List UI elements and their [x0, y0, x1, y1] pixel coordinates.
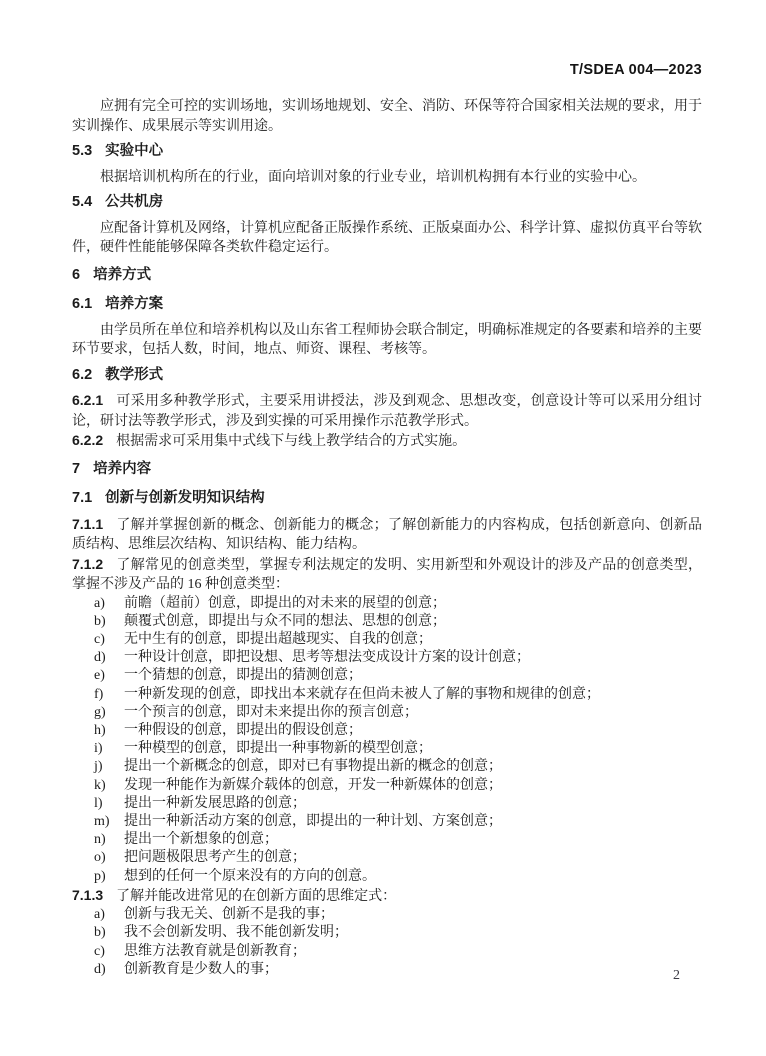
list-item-letter: o): [94, 849, 124, 867]
standard-code: T/SDEA 004—2023: [570, 62, 702, 78]
list-item-i: i)一种模型的创意，即提出一种事物新的模型创意；: [72, 740, 702, 758]
heading-title: 创新与创新发明知识结构: [105, 490, 265, 506]
heading-title: 培养方式: [93, 267, 151, 283]
list-item-letter: h): [94, 722, 124, 740]
list-item-c: c)无中生有的创意，即提出超越现实、自我的创意；: [72, 631, 702, 649]
clause-text: 可采用多种教学形式，主要采用讲授法，涉及到观念、思想改变，创意设计等可以采用分组…: [72, 394, 702, 429]
list-item-letter: a): [94, 906, 124, 924]
page-number: 2: [673, 968, 680, 983]
section-heading-5.4: 5.4公共机房: [72, 193, 702, 213]
list-item-text: 我不会创新发明、我不能创新发明；: [124, 924, 702, 942]
list-item-b: b)我不会创新发明、我不能创新发明；: [72, 924, 702, 942]
list-item-text: 发现一种能作为新媒介载体的创意，开发一种新媒体的创意；: [124, 777, 702, 795]
list-item-text: 想到的任何一个原来没有的方向的创意。: [124, 868, 702, 886]
list-item-a: a)创新与我无关、创新不是我的事；: [72, 906, 702, 924]
list-item-a: a)前瞻（超前）创意，即提出的对未来的展望的创意；: [72, 595, 702, 613]
list-item-text: 提出一个新想象的创意；: [124, 831, 702, 849]
clause-number: 7.1.2: [72, 556, 103, 572]
chapter-heading-7: 7培养内容: [72, 460, 702, 480]
list-item-text: 把问题极限思考产生的创意；: [124, 849, 702, 867]
heading-number: 7.1: [72, 490, 92, 506]
clause-number: 7.1.3: [72, 887, 103, 903]
clause-text: 了解并能改进常见的在创新方面的思维定式：: [116, 889, 396, 904]
list-item-letter: c): [94, 943, 124, 961]
list-item-text: 前瞻（超前）创意，即提出的对未来的展望的创意；: [124, 595, 702, 613]
list-item-f: f)一种新发现的创意，即找出本来就存在但尚未被人了解的事物和规律的创意；: [72, 686, 702, 704]
list-item-letter: a): [94, 595, 124, 613]
list-item-text: 一种新发现的创意，即找出本来就存在但尚未被人了解的事物和规律的创意；: [124, 686, 702, 704]
section-heading-6.1: 6.1培养方案: [72, 295, 702, 315]
document-footer: 2: [673, 967, 680, 984]
list-item-text: 一种假设的创意，即提出的假设创意；: [124, 722, 702, 740]
heading-number: 5.3: [72, 143, 92, 159]
clause-6.2.2: 6.2.2根据需求可采用集中式线下与线上教学结合的方式实施。: [72, 431, 702, 452]
document-header: T/SDEA 004—2023: [72, 62, 702, 78]
list-item-e: e)一个猜想的创意，即提出的猜测创意；: [72, 667, 702, 685]
list-item-m: m)提出一种新活动方案的创意，即提出的一种计划、方案创意；: [72, 813, 702, 831]
clause-number: 6.2.1: [72, 392, 103, 408]
list-item-letter: l): [94, 795, 124, 813]
list-item-n: n)提出一个新想象的创意；: [72, 831, 702, 849]
list-item-letter: g): [94, 704, 124, 722]
list-item-b: b)颠覆式创意，即提出与众不同的想法、思想的创意；: [72, 613, 702, 631]
list-item-letter: e): [94, 667, 124, 685]
clause-7.1.1: 7.1.1了解并掌握创新的概念、创新能力的概念；了解创新能力的内容构成，包括创新…: [72, 515, 702, 555]
list-item-d: d)一种设计创意，即把设想、思考等想法变成设计方案的设计创意；: [72, 649, 702, 667]
paragraph: 根据培训机构所在的行业，面向培训对象的行业专业，培训机构拥有本行业的实验中心。: [72, 168, 702, 188]
list-item-letter: c): [94, 631, 124, 649]
list-item-text: 思维方法教育就是创新教育；: [124, 943, 702, 961]
document-page: T/SDEA 004—2023 应拥有完全可控的实训场地，实训场地规划、安全、消…: [0, 0, 766, 1056]
list-item-text: 一种设计创意，即把设想、思考等想法变成设计方案的设计创意；: [124, 649, 702, 667]
list-item-d: d)创新教育是少数人的事；: [72, 961, 702, 979]
list-item-c: c)思维方法教育就是创新教育；: [72, 943, 702, 961]
list-item-text: 一种模型的创意，即提出一种事物新的模型创意；: [124, 740, 702, 758]
list-item-text: 无中生有的创意，即提出超越现实、自我的创意；: [124, 631, 702, 649]
list-item-text: 颠覆式创意，即提出与众不同的想法、思想的创意；: [124, 613, 702, 631]
clause-7.1.2: 7.1.2了解常见的创意类型，掌握专利法规定的发明、实用新型和外观设计的涉及产品…: [72, 555, 702, 595]
list-item-k: k)发现一种能作为新媒介载体的创意，开发一种新媒体的创意；: [72, 777, 702, 795]
clause-6.2.1: 6.2.1可采用多种教学形式，主要采用讲授法，涉及到观念、思想改变，创意设计等可…: [72, 391, 702, 431]
section-heading-7.1: 7.1创新与创新发明知识结构: [72, 489, 702, 509]
list-item-letter: j): [94, 758, 124, 776]
heading-title: 培养方案: [105, 296, 163, 312]
clause-number: 7.1.1: [72, 516, 103, 532]
list-item-text: 创新与我无关、创新不是我的事；: [124, 906, 702, 924]
list-item-text: 创新教育是少数人的事；: [124, 961, 702, 979]
list-item-text: 提出一个新概念的创意，即对已有事物提出新的概念的创意；: [124, 758, 702, 776]
document-body: 应拥有完全可控的实训场地，实训场地规划、安全、消防、环保等符合国家相关法规的要求…: [72, 97, 702, 979]
list-item-g: g)一个预言的创意，即对未来提出你的预言创意；: [72, 704, 702, 722]
list-item-letter: b): [94, 924, 124, 942]
clause-text: 了解并掌握创新的概念、创新能力的概念；了解创新能力的内容构成，包括创新意向、创新…: [72, 518, 702, 553]
heading-number: 5.4: [72, 194, 92, 210]
list-item-letter: b): [94, 613, 124, 631]
section-heading-5.3: 5.3实验中心: [72, 142, 702, 162]
list-item-letter: n): [94, 831, 124, 849]
clause-number: 6.2.2: [72, 432, 103, 448]
list-item-h: h)一种假设的创意，即提出的假设创意；: [72, 722, 702, 740]
list-item-letter: d): [94, 961, 124, 979]
clause-7.1.3: 7.1.3了解并能改进常见的在创新方面的思维定式：: [72, 886, 702, 907]
list-item-o: o)把问题极限思考产生的创意；: [72, 849, 702, 867]
list-item-l: l)提出一种新发展思路的创意；: [72, 795, 702, 813]
list-item-letter: k): [94, 777, 124, 795]
list-item-text: 提出一种新活动方案的创意，即提出的一种计划、方案创意；: [124, 813, 702, 831]
heading-title: 实验中心: [105, 143, 163, 159]
heading-title: 公共机房: [105, 194, 163, 210]
heading-number: 6.1: [72, 296, 92, 312]
list-item-text: 一个预言的创意，即对未来提出你的预言创意；: [124, 704, 702, 722]
list-item-letter: m): [94, 813, 124, 831]
list-item-letter: d): [94, 649, 124, 667]
paragraph: 应拥有完全可控的实训场地，实训场地规划、安全、消防、环保等符合国家相关法规的要求…: [72, 97, 702, 136]
heading-title: 教学形式: [105, 367, 163, 383]
paragraph: 应配备计算机及网络，计算机应配备正版操作系统、正版桌面办公、科学计算、虚拟仿真平…: [72, 219, 702, 258]
list-item-j: j)提出一个新概念的创意，即对已有事物提出新的概念的创意；: [72, 758, 702, 776]
heading-number: 7: [72, 461, 80, 477]
chapter-heading-6: 6培养方式: [72, 266, 702, 286]
heading-title: 培养内容: [93, 461, 151, 477]
heading-number: 6: [72, 267, 80, 283]
list-item-letter: f): [94, 686, 124, 704]
list-item-p: p)想到的任何一个原来没有的方向的创意。: [72, 868, 702, 886]
clause-text: 根据需求可采用集中式线下与线上教学结合的方式实施。: [116, 434, 466, 449]
section-heading-6.2: 6.2教学形式: [72, 366, 702, 386]
list-item-letter: i): [94, 740, 124, 758]
paragraph: 由学员所在单位和培养机构以及山东省工程师协会联合制定，明确标准规定的各要素和培养…: [72, 321, 702, 360]
clause-text: 了解常见的创意类型，掌握专利法规定的发明、实用新型和外观设计的涉及产品的创意类型…: [72, 558, 702, 593]
list-item-text: 提出一种新发展思路的创意；: [124, 795, 702, 813]
list-item-text: 一个猜想的创意，即提出的猜测创意；: [124, 667, 702, 685]
list-item-letter: p): [94, 868, 124, 886]
heading-number: 6.2: [72, 367, 92, 383]
